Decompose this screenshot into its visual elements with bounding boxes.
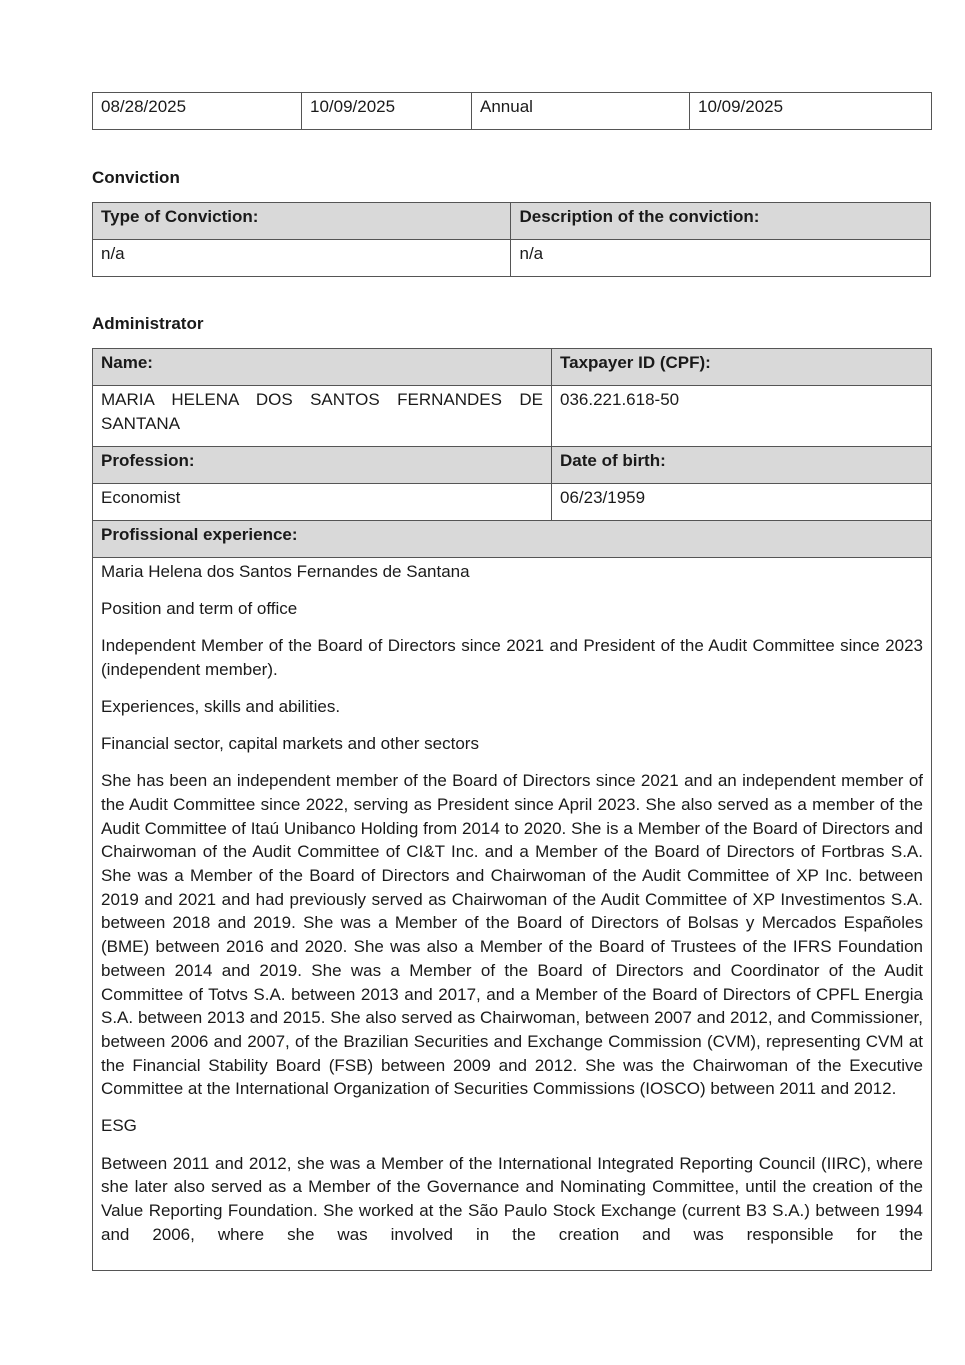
birth-value: 06/23/1959 [552,484,932,521]
table-header-row: Profissional experience: [93,521,932,558]
experience-content: Maria Helena dos Santos Fernandes de San… [101,560,923,1270]
dates-table: 08/28/2025 10/09/2025 Annual 10/09/2025 [92,92,932,130]
experience-paragraph: She has been an independent member of th… [101,769,923,1101]
experience-paragraph: Between 2011 and 2012, she was a Member … [101,1152,923,1247]
table-row: 08/28/2025 10/09/2025 Annual 10/09/2025 [93,93,932,130]
profession-label: Profession: [93,447,552,484]
type-cell: Annual [472,93,690,130]
date-cell: 10/09/2025 [302,93,472,130]
table-row: MARIA HELENA DOS SANTOS FERNANDES DE SAN… [93,386,932,447]
table-row: Maria Helena dos Santos Fernandes de San… [93,558,932,1271]
conviction-description-value: n/a [511,240,931,277]
birth-label: Date of birth: [552,447,932,484]
administrator-heading: Administrator [92,314,931,334]
conviction-type-value: n/a [93,240,511,277]
conviction-description-header: Description of the conviction: [511,203,931,240]
conviction-type-header: Type of Conviction: [93,203,511,240]
profession-value: Economist [93,484,552,521]
document-page: 08/28/2025 10/09/2025 Annual 10/09/2025 … [92,92,931,1271]
experience-paragraph: Independent Member of the Board of Direc… [101,634,923,681]
cpf-label: Taxpayer ID (CPF): [552,349,932,386]
conviction-heading: Conviction [92,168,931,188]
table-row: n/a n/a [93,240,931,277]
experience-label: Profissional experience: [93,521,932,558]
cpf-value: 036.221.618-50 [552,386,932,447]
table-header-row: Profession: Date of birth: [93,447,932,484]
experience-paragraph: Experiences, skills and abilities. [101,695,923,719]
name-value: MARIA HELENA DOS SANTOS FERNANDES DE SAN… [93,386,552,447]
conviction-table: Type of Conviction: Description of the c… [92,202,931,277]
table-row: Economist 06/23/1959 [93,484,932,521]
experience-cell: Maria Helena dos Santos Fernandes de San… [93,558,932,1271]
name-label: Name: [93,349,552,386]
experience-paragraph: Position and term of office [101,597,923,621]
experience-paragraph: Maria Helena dos Santos Fernandes de San… [101,560,923,584]
table-header-row: Name: Taxpayer ID (CPF): [93,349,932,386]
experience-paragraph: Financial sector, capital markets and ot… [101,732,923,756]
date-cell: 10/09/2025 [690,93,932,130]
table-header-row: Type of Conviction: Description of the c… [93,203,931,240]
date-cell: 08/28/2025 [93,93,302,130]
administrator-table: Name: Taxpayer ID (CPF): MARIA HELENA DO… [92,348,932,1271]
experience-paragraph: ESG [101,1114,923,1138]
